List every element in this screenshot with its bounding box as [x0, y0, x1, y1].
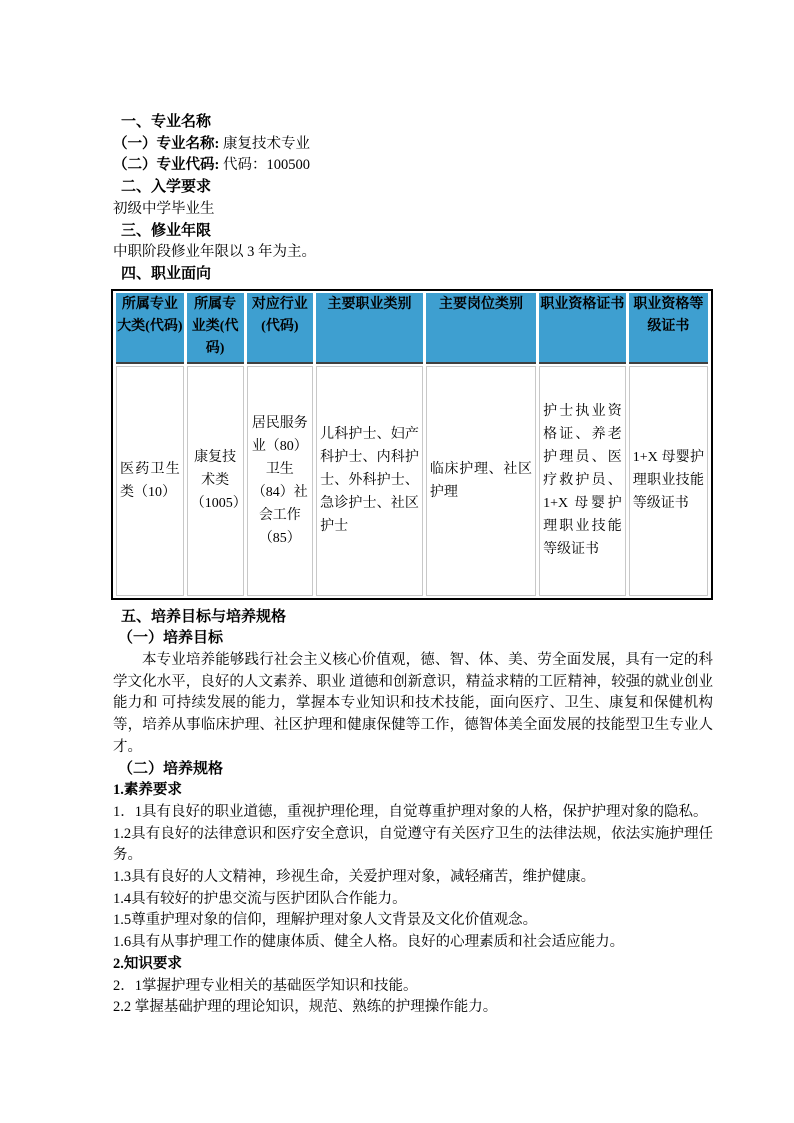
subitem-major-name-label: （一）专业名称:: [113, 136, 219, 152]
table-cell-industry: 居民服务业（80）卫生（84）社会工作（85）: [247, 366, 314, 596]
table-cell-major-class: 康复技术类（1005）: [187, 366, 244, 596]
table-cell-qualification-cert: 护士执业资格证、养老护理员、医疗救护员、1+X 母婴护理职业技能等级证书: [539, 366, 626, 596]
subitem-major-code-label: （二）专业代码:: [113, 157, 219, 173]
quality-requirement-item: 1.2具有良好的法律意识和医疗安全意识，自觉遵守有关医疗卫生的法律法规，依法实施…: [113, 824, 713, 867]
subitem-major-code-value: 代码：100500: [223, 157, 310, 173]
entry-requirement-text: 初级中学毕业生: [113, 199, 713, 221]
table-header-qualification-cert: 职业资格证书: [539, 293, 626, 364]
subitem-major-name: （一）专业名称: 康复技术专业: [113, 134, 713, 156]
subsection-heading-training-specs: （二）培养规格: [113, 759, 713, 781]
knowledge-requirements-heading: 2.知识要求: [113, 954, 713, 976]
table-header-major-category: 所属专业大类(代码): [116, 293, 184, 364]
quality-requirement-item: 1.4具有较好的护患交流与医护团队合作能力。: [113, 889, 713, 911]
section-heading-major-name: 一、专业名称: [113, 112, 713, 134]
table-cell-post-category: 临床护理、社区护理: [426, 366, 536, 596]
document-page: 一、专业名称 （一）专业名称: 康复技术专业 （二）专业代码: 代码：10050…: [0, 0, 794, 1123]
career-table: 所属专业大类(代码) 所属专业类(代码) 对应行业(代码) 主要职业类别 主要岗…: [113, 291, 711, 598]
document-content: 一、专业名称 （一）专业名称: 康复技术专业 （二）专业代码: 代码：10050…: [113, 0, 713, 1019]
table-header-grade-cert: 职业资格等级证书: [629, 293, 708, 364]
study-duration-text: 中职阶段修业年限以 3 年为主。: [113, 242, 713, 264]
table-header-row: 所属专业大类(代码) 所属专业类(代码) 对应行业(代码) 主要职业类别 主要岗…: [116, 293, 708, 364]
table-cell-grade-cert: 1+X 母婴护理职业技能等级证书: [629, 366, 708, 596]
quality-requirement-item: 1.6具有从事护理工作的健康体质、健全人格。良好的心理素质和社会适应能力。: [113, 932, 713, 954]
section-heading-training-objectives: 五、培养目标与培养规格: [113, 607, 713, 629]
quality-requirement-item: 1.5尊重护理对象的信仰，理解护理对象人文背景及文化价值观念。: [113, 910, 713, 932]
table-header-major-class: 所属专业类(代码): [187, 293, 244, 364]
subitem-major-name-value: 康复技术专业: [223, 136, 310, 152]
table-header-post-category: 主要岗位类别: [426, 293, 536, 364]
table-body-row: 医药卫生类（10） 康复技术类（1005） 居民服务业（80）卫生（84）社会工…: [116, 366, 708, 596]
section-heading-career-orientation: 四、职业面向: [113, 264, 713, 286]
table-header-occupation-category: 主要职业类别: [316, 293, 423, 364]
table-header-industry: 对应行业(代码): [247, 293, 314, 364]
subsection-heading-training-goal: （一）培养目标: [113, 628, 713, 650]
career-table-border: 所属专业大类(代码) 所属专业类(代码) 对应行业(代码) 主要职业类别 主要岗…: [111, 289, 713, 600]
quality-requirement-item: 1.3具有良好的人文精神，珍视生命，关爱护理对象，减轻痛苦，维护健康。: [113, 867, 713, 889]
section-heading-entry-requirements: 二、入学要求: [113, 177, 713, 199]
knowledge-requirement-item: 2．1掌握护理专业相关的基础医学知识和技能。: [113, 976, 713, 998]
section-heading-study-duration: 三、修业年限: [113, 221, 713, 243]
training-goal-paragraph: 本专业培养能够践行社会主义核心价值观，德、智、体、美、劳全面发展，具有一定的科学…: [113, 650, 713, 759]
quality-requirement-item: 1．1具有良好的职业道德，重视护理伦理，自觉尊重护理对象的人格，保护护理对象的隐…: [113, 802, 713, 824]
quality-requirements-heading: 1.素养要求: [113, 780, 713, 802]
knowledge-requirement-item: 2.2 掌握基础护理的理论知识，规范、熟练的护理操作能力。: [113, 997, 713, 1019]
table-cell-occupation-category: 儿科护士、妇产科护士、内科护士、外科护士、急诊护士、社区护士: [316, 366, 423, 596]
subitem-major-code: （二）专业代码: 代码：100500: [113, 155, 713, 177]
table-cell-major-category: 医药卫生类（10）: [116, 366, 184, 596]
